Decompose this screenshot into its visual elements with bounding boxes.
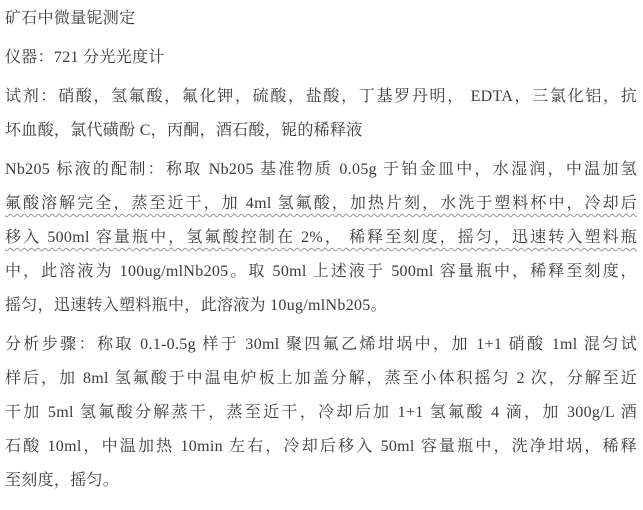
paragraph-title: 矿石中微量铌测定: [5, 2, 637, 36]
document-page: 矿石中微量铌测定仪器：721 分光光度计试剂：硝酸，氢氟酸，氟化钾，硫酸，盐酸，…: [0, 0, 643, 510]
text-line: 矿石中微量铌测定: [5, 2, 637, 36]
text-line: 分析步骤：称取 0.1-0.5g 样于 30ml 聚四氟乙烯坩埚中，加 1+1 …: [5, 328, 637, 362]
text-line: 氟酸溶解完全，蒸至近干，加 4ml 氢氟酸，加热片刻，水洗于塑料杯中，冷却后: [5, 187, 637, 221]
text-line: 中，此溶液为 100ug/mlNb205。取 50ml 上述液于 500ml 容…: [5, 255, 637, 289]
paragraph-analysis-steps: 分析步骤：称取 0.1-0.5g 样于 30ml 聚四氟乙烯坩埚中，加 1+1 …: [5, 328, 637, 498]
text-line: 移入 500ml 容量瓶中，氢氟酸控制在 2%， 稀释至刻度，摇匀，迅速转入塑料…: [5, 221, 637, 255]
text-line: 试剂：硝酸，氢氟酸，氟化钾，硫酸，盐酸，丁基罗丹明， EDTA，三氯化铝，抗: [5, 80, 637, 114]
text-line: 坏血酸，氯代磺酚 C，丙酮，酒石酸，铌的稀释液: [5, 114, 637, 148]
text-line: 石酸 10ml，中温加热 10min 左右，冷却后移入 50ml 容量瓶中，洗净…: [5, 430, 637, 464]
text-line: Nb205 标液的配制：称取 Nb205 基准物质 0.05g 于铂金皿中，水湿…: [5, 153, 637, 187]
text-line: 干加 5ml 氢氟酸分解蒸干，蒸至近干，冷却后加 1+1 氢氟酸 4 滴，加 3…: [5, 396, 637, 430]
paragraph-instrument: 仪器：721 分光光度计: [5, 41, 637, 75]
text-line: 样后，加 8ml 氢氟酸于中温电炉板上加盖分解，蒸至小体积摇匀 2 次，分解至近: [5, 362, 637, 396]
text-line: 仪器：721 分光光度计: [5, 41, 637, 75]
text-line: 至刻度，摇匀。: [5, 464, 637, 498]
paragraph-standard-solution-preparation: Nb205 标液的配制：称取 Nb205 基准物质 0.05g 于铂金皿中，水湿…: [5, 153, 637, 323]
text-line: 摇匀，迅速转入塑料瓶中，此溶液为 10ug/mlNb205。: [5, 289, 637, 323]
paragraph-reagents: 试剂：硝酸，氢氟酸，氟化钾，硫酸，盐酸，丁基罗丹明， EDTA，三氯化铝，抗坏血…: [5, 80, 637, 148]
